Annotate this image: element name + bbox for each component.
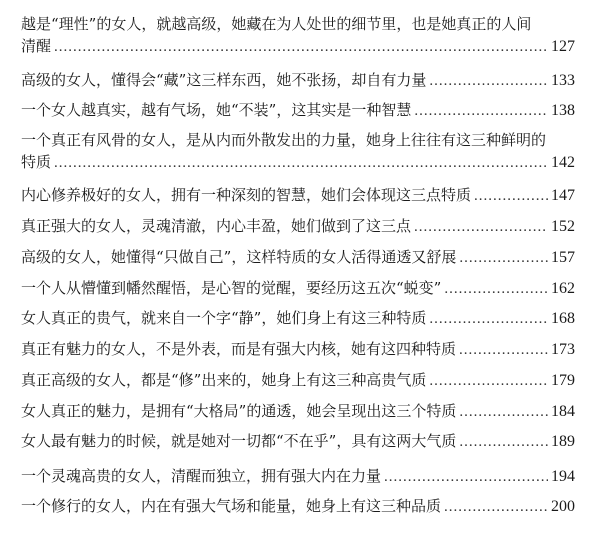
toc-entry[interactable]: 女人真正的魅力，是拥有“大格局”的通透，她会呈现出这三个特质 184 xyxy=(21,400,575,423)
toc-entry[interactable]: 真正强大的女人，灵魂清澈，内心丰盈，她们做到了这三点 152 xyxy=(21,215,575,238)
toc-entry[interactable]: 高级的女人，懂得会“藏”这三样东西，她不张扬，却自有力量 133 xyxy=(21,69,575,92)
dot-leader xyxy=(459,431,548,453)
toc-entry-title: 真正强大的女人，灵魂清澈，内心丰盈，她们做到了这三点 xyxy=(21,215,411,237)
toc-entry[interactable]: 一个女人越真实，越有气场，她“不装”，这其实是一种智慧 138 xyxy=(21,99,575,122)
dot-leader xyxy=(474,185,548,207)
toc-entry-title: 女人最有魅力的时候，就是她对一切都“不在乎”，具有这两大气质 xyxy=(21,430,456,452)
toc-entry-title: 内心修养极好的女人，拥有一种深刻的智慧，她们会体现这三点特质 xyxy=(21,184,471,206)
toc-entry-page: 157 xyxy=(551,247,575,269)
toc-entry-title: 真正高级的女人，都是“修”出来的，她身上有这三种高贵气质 xyxy=(21,369,426,391)
dot-leader xyxy=(459,401,548,423)
toc-entry-title-line1: 越是“理性”的女人，就越高级，她藏在为人处世的细节里，也是她真正的人间 xyxy=(21,13,575,35)
toc-entry-title: 一个人从懵懂到幡然醒悟，是心智的觉醒，要经历这五次“蜕变” xyxy=(21,277,441,299)
toc-entry-title-line1: 一个真正有风骨的女人，是从内而外散发出的力量，她身上往往有这三种鲜明的 xyxy=(21,129,575,151)
toc-entry-title: 女人真正的贵气，就来自一个字“静”，她们身上有这三种特质 xyxy=(21,307,426,329)
toc-entry-title: 一个灵魂高贵的女人，清醒而独立，拥有强大内在力量 xyxy=(21,465,381,487)
toc-entry-page: 147 xyxy=(551,185,575,207)
toc-entry-title: 高级的女人，她懂得“只做自己”，这样特质的女人活得通透又舒展 xyxy=(21,246,456,268)
toc-entry-title: 特质 xyxy=(21,151,51,173)
toc-entry[interactable]: 高级的女人，她懂得“只做自己”，这样特质的女人活得通透又舒展 157 xyxy=(21,246,575,269)
dot-leader xyxy=(54,152,548,174)
toc-entry-page: 133 xyxy=(551,70,575,92)
dot-leader xyxy=(414,216,548,238)
toc-entry-title: 一个女人越真实，越有气场，她“不装”，这其实是一种智慧 xyxy=(21,99,411,121)
toc-entry-title: 清醒 xyxy=(21,35,51,57)
toc-entry[interactable]: 越是“理性”的女人，就越高级，她藏在为人处世的细节里，也是她真正的人间 清醒 1… xyxy=(21,13,575,58)
toc-entry-title: 一个修行的女人，内在有强大气场和能量，她身上有这三种品质 xyxy=(21,495,441,517)
dot-leader xyxy=(429,308,548,330)
toc-entry-page: 168 xyxy=(551,308,575,330)
toc-entry[interactable]: 内心修养极好的女人，拥有一种深刻的智慧，她们会体现这三点特质 147 xyxy=(21,184,575,207)
toc-entry-page: 173 xyxy=(551,339,575,361)
toc-entry-page: 189 xyxy=(551,431,575,453)
dot-leader xyxy=(444,278,548,300)
dot-leader xyxy=(444,496,548,518)
dot-leader xyxy=(414,100,548,122)
toc-entry-page: 152 xyxy=(551,216,575,238)
toc-entry[interactable]: 真正有魅力的女人，不是外表，而是有强大内核，她有这四种特质 173 xyxy=(21,338,575,361)
dot-leader xyxy=(429,70,548,92)
toc-entry-title: 真正有魅力的女人，不是外表，而是有强大内核，她有这四种特质 xyxy=(21,338,456,360)
toc-entry[interactable]: 女人最有魅力的时候，就是她对一切都“不在乎”，具有这两大气质 189 xyxy=(21,430,575,453)
dot-leader xyxy=(384,466,548,488)
toc-entry-page: 127 xyxy=(551,36,575,58)
toc-entry-page: 194 xyxy=(551,466,575,488)
toc-entry-page: 138 xyxy=(551,100,575,122)
toc-entry-page: 179 xyxy=(551,370,575,392)
toc-entry-page: 184 xyxy=(551,401,575,423)
toc-entry[interactable]: 一个修行的女人，内在有强大气场和能量，她身上有这三种品质 200 xyxy=(21,495,575,518)
toc-entry-title: 高级的女人，懂得会“藏”这三样东西，她不张扬，却自有力量 xyxy=(21,69,426,91)
toc-entry-page: 162 xyxy=(551,278,575,300)
table-of-contents: 越是“理性”的女人，就越高级，她藏在为人处世的细节里，也是她真正的人间 清醒 1… xyxy=(21,13,575,58)
toc-entry[interactable]: 一个真正有风骨的女人，是从内而外散发出的力量，她身上往往有这三种鲜明的 特质 1… xyxy=(21,129,575,174)
toc-entry-page: 142 xyxy=(551,152,575,174)
toc-entry[interactable]: 一个灵魂高贵的女人，清醒而独立，拥有强大内在力量 194 xyxy=(21,465,575,488)
dot-leader xyxy=(459,339,548,361)
toc-entry[interactable]: 一个人从懵懂到幡然醒悟，是心智的觉醒，要经历这五次“蜕变” 162 xyxy=(21,277,575,300)
toc-entry-page: 200 xyxy=(551,496,575,518)
dot-leader xyxy=(459,247,548,269)
dot-leader xyxy=(429,370,548,392)
dot-leader xyxy=(54,36,548,58)
toc-entry[interactable]: 真正高级的女人，都是“修”出来的，她身上有这三种高贵气质 179 xyxy=(21,369,575,392)
toc-entry-title: 女人真正的魅力，是拥有“大格局”的通透，她会呈现出这三个特质 xyxy=(21,400,456,422)
toc-entry[interactable]: 女人真正的贵气，就来自一个字“静”，她们身上有这三种特质 168 xyxy=(21,307,575,330)
